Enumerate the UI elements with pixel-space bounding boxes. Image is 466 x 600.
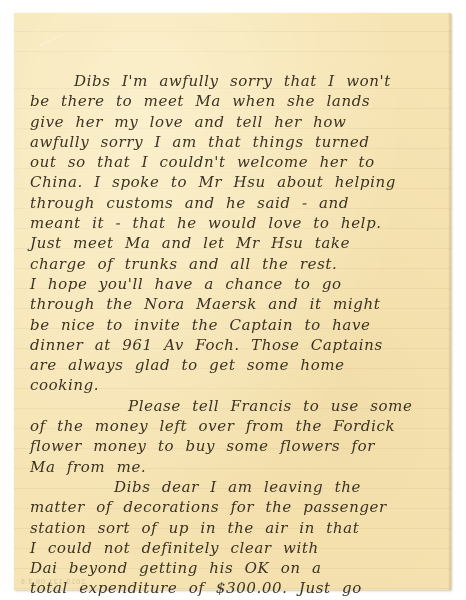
letter-line: be nice to invite the Captain to have [30,315,442,335]
letter-line: are always glad to get some home [30,355,442,375]
letter-line: Dai beyond getting his OK on a [30,558,442,578]
letter-body: Dibs I'm awfully sorry that I won't be t… [30,71,442,599]
letter-line: dinner at 961 Av Foch. Those Captains [30,335,442,355]
letter-line: charge of trunks and all the rest. [30,254,442,274]
letter-line: I could not definitely clear with [30,538,442,558]
letter-line: through customs and he said - and [30,193,442,213]
page-edge [448,13,451,590]
letter-line: I hope you'll have a chance to go [30,274,442,294]
letter-line: Please tell Francis to use some [30,396,442,416]
archive-stamp: 2019.121.08.3.6 [20,578,85,586]
letter-line: Ma from me. [30,457,442,477]
letter-line: give her my love and tell her how [30,112,442,132]
letter-line: through the Nora Maersk and it might [30,294,442,314]
embossed-mark [40,35,68,59]
letter-line: out so that I couldn't welcome her to [30,152,442,172]
letter-line: matter of decorations for the passenger [30,497,442,517]
letter-line: of the money left over from the Fordick [30,416,442,436]
letter-line: flower money to buy some flowers for [30,436,442,456]
letter-line: be there to meet Ma when she lands [30,91,442,111]
letter-page: Dibs I'm awfully sorry that I won't be t… [14,13,451,590]
letter-line: Just meet Ma and let Mr Hsu take [30,233,442,253]
letter-line: awfully sorry I am that things turned [30,132,442,152]
letter-line: Dibs dear I am leaving the [30,477,442,497]
letter-line: station sort of up in the air in that [30,518,442,538]
letter-line: China. I spoke to Mr Hsu about helping [30,172,442,192]
letter-line: cooking. [30,375,442,395]
letter-line: Dibs I'm awfully sorry that I won't [30,71,442,91]
letter-line: total expenditure of $300.00. Just go [30,578,442,598]
letter-line: meant it - that he would love to help. [30,213,442,233]
